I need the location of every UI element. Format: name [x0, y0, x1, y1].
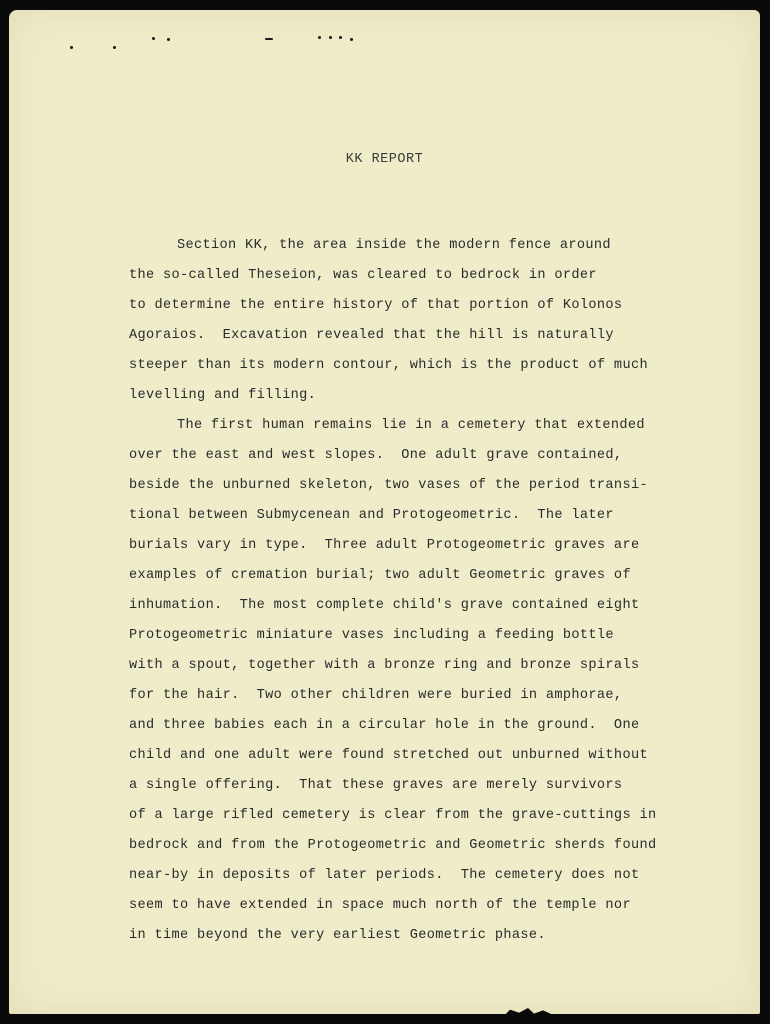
text-line: seem to have extended in space much nort…	[129, 891, 729, 921]
text-line: in time beyond the very earliest Geometr…	[129, 921, 729, 951]
text-line: for the hair. Two other children were bu…	[129, 681, 729, 711]
ink-dot	[350, 38, 353, 41]
text-line: near-by in deposits of later periods. Th…	[129, 861, 729, 891]
text-line: Section KK, the area inside the modern f…	[129, 231, 729, 261]
text-line: bedrock and from the Protogeometric and …	[129, 831, 729, 861]
ink-dot	[152, 37, 155, 40]
ink-dot	[265, 38, 273, 40]
text-line: the so-called Theseion, was cleared to b…	[129, 261, 729, 291]
text-line: tional between Submycenean and Protogeom…	[129, 501, 729, 531]
paragraph-2: The first human remains lie in a cemeter…	[129, 411, 729, 951]
text-line: levelling and filling.	[129, 381, 729, 411]
text-line: of a large rifled cemetery is clear from…	[129, 801, 729, 831]
text-line: beside the unburned skeleton, two vases …	[129, 471, 729, 501]
text-line: inhumation. The most complete child's gr…	[129, 591, 729, 621]
ink-dot	[113, 46, 116, 49]
text-line: and three babies each in a circular hole…	[129, 711, 729, 741]
text-line: a single offering. That these graves are…	[129, 771, 729, 801]
text-line: The first human remains lie in a cemeter…	[129, 411, 729, 441]
torn-edge	[504, 1008, 564, 1016]
text-line: to determine the entire history of that …	[129, 291, 729, 321]
ink-dot	[167, 38, 170, 41]
ink-dot	[329, 36, 332, 39]
ink-dot	[70, 46, 73, 49]
text-line: steeper than its modern contour, which i…	[129, 351, 729, 381]
ink-dot	[339, 36, 342, 39]
punch-marks	[9, 30, 760, 50]
text-line: over the east and west slopes. One adult…	[129, 441, 729, 471]
report-title: KK REPORT	[9, 152, 760, 167]
text-line: with a spout, together with a bronze rin…	[129, 651, 729, 681]
paragraph-1: Section KK, the area inside the modern f…	[129, 231, 729, 411]
text-line: burials vary in type. Three adult Protog…	[129, 531, 729, 561]
text-line: child and one adult were found stretched…	[129, 741, 729, 771]
report-body: Section KK, the area inside the modern f…	[129, 231, 729, 951]
ink-dot	[318, 36, 321, 39]
text-line: Protogeometric miniature vases including…	[129, 621, 729, 651]
text-line: Agoraios. Excavation revealed that the h…	[129, 321, 729, 351]
text-line: examples of cremation burial; two adult …	[129, 561, 729, 591]
document-page: KK REPORT Section KK, the area inside th…	[9, 10, 760, 1014]
